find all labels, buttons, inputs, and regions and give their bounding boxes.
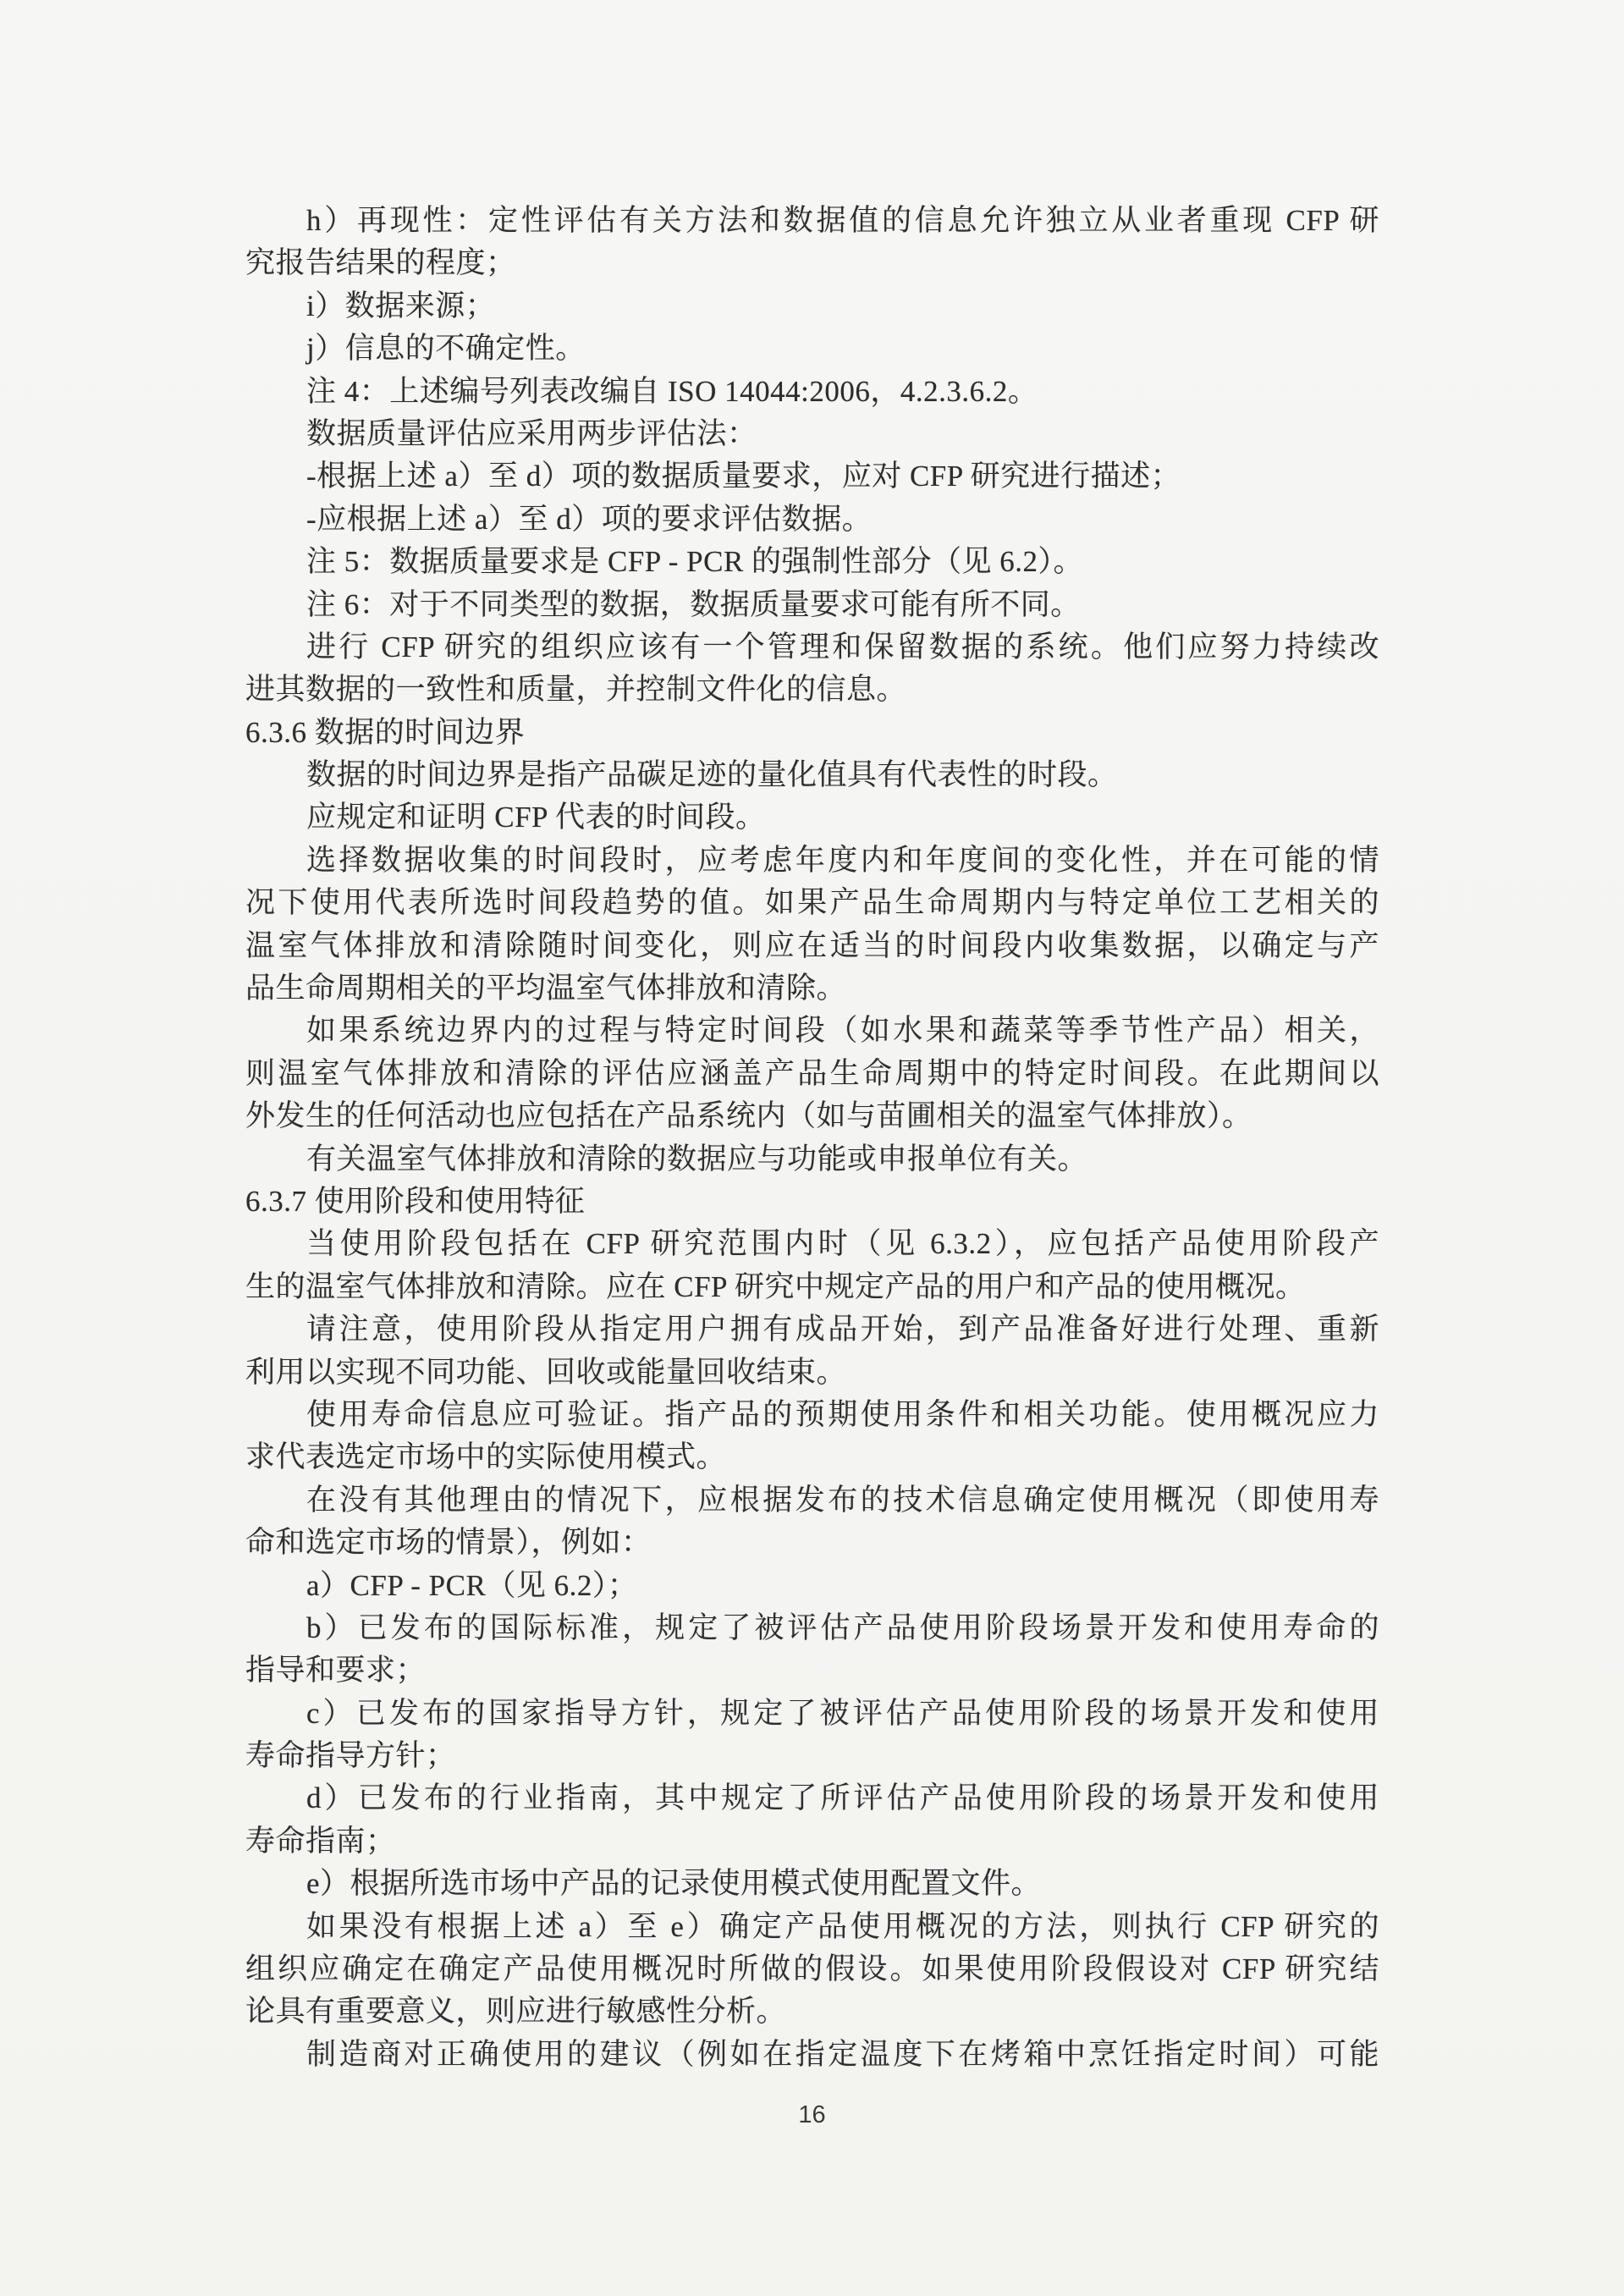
- text-line: i）数据来源；: [245, 285, 1379, 328]
- text-line: 数据质量评估应采用两步评估法：: [245, 413, 1379, 455]
- text-line: 寿命指导方针；: [245, 1735, 1379, 1777]
- text-line: e）根据所选市场中产品的记录使用模式使用配置文件。: [245, 1863, 1379, 1905]
- text-line: 使用寿命信息应可验证。指产品的预期使用条件和相关功能。使用概况应力: [245, 1394, 1379, 1436]
- section-heading: 6.3.6 数据的时间边界: [245, 712, 1379, 754]
- text-line: 命和选定市场的情景），例如：: [245, 1522, 1379, 1564]
- text-line: 温室气体排放和清除随时间变化，则应在适当的时间段内收集数据，以确定与产: [245, 925, 1379, 967]
- text-line: 组织应确定在确定产品使用概况时所做的假设。如果使用阶段假设对 CFP 研究结: [245, 1948, 1379, 1990]
- text-line: 如果没有根据上述 a）至 e）确定产品使用概况的方法，则执行 CFP 研究的: [245, 1906, 1379, 1948]
- text-line: 应规定和证明 CFP 代表的时间段。: [245, 796, 1379, 839]
- text-line: j）信息的不确定性。: [245, 328, 1379, 370]
- text-line: 有关温室气体排放和清除的数据应与功能或申报单位有关。: [245, 1138, 1379, 1181]
- text-line: 请注意，使用阶段从指定用户拥有成品开始，到产品准备好进行处理、重新: [245, 1308, 1379, 1351]
- text-line: 况下使用代表所选时间段趋势的值。如果产品生命周期内与特定单位工艺相关的: [245, 882, 1379, 924]
- text-line: 究报告结果的程度；: [245, 242, 1379, 284]
- text-line: 指导和要求；: [245, 1649, 1379, 1692]
- text-line: 则温室气体排放和清除的评估应涵盖产品生命周期中的特定时间段。在此期间以: [245, 1053, 1379, 1095]
- text-line: -应根据上述 a）至 d）项的要求评估数据。: [245, 498, 1379, 541]
- text-line: 选择数据收集的时间段时，应考虑年度内和年度间的变化性，并在可能的情: [245, 840, 1379, 882]
- text-line: -根据上述 a）至 d）项的数据质量要求，应对 CFP 研究进行描述；: [245, 455, 1379, 498]
- page-number: 16: [0, 2101, 1624, 2129]
- text-line: 如果系统边界内的过程与特定时间段（如水果和蔬菜等季节性产品）相关，: [245, 1010, 1379, 1052]
- text-line: 制造商对正确使用的建议（例如在指定温度下在烤箱中烹饪指定时间）可能: [245, 2034, 1379, 2076]
- document-page: h）再现性：定性评估有关方法和数据值的信息允许独立从业者重现 CFP 研究报告结…: [0, 0, 1624, 2296]
- text-line: b）已发布的国际标准，规定了被评估产品使用阶段场景开发和使用寿命的: [245, 1607, 1379, 1649]
- text-line: 当使用阶段包括在 CFP 研究范围内时（见 6.3.2），应包括产品使用阶段产: [245, 1223, 1379, 1265]
- text-line: 外发生的任何活动也应包括在产品系统内（如与苗圃相关的温室气体排放）。: [245, 1095, 1379, 1137]
- text-line: 进其数据的一致性和质量，并控制文件化的信息。: [245, 669, 1379, 711]
- text-line: 在没有其他理由的情况下，应根据发布的技术信息确定使用概况（即使用寿: [245, 1479, 1379, 1522]
- text-line: c）已发布的国家指导方针，规定了被评估产品使用阶段的场景开发和使用: [245, 1693, 1379, 1735]
- text-line: 注 6：对于不同类型的数据，数据质量要求可能有所不同。: [245, 584, 1379, 626]
- text-line: 求代表选定市场中的实际使用模式。: [245, 1436, 1379, 1478]
- text-line: 利用以实现不同功能、回收或能量回收结束。: [245, 1352, 1379, 1394]
- section-heading: 6.3.7 使用阶段和使用特征: [245, 1181, 1379, 1223]
- text-line: 进行 CFP 研究的组织应该有一个管理和保留数据的系统。他们应努力持续改: [245, 626, 1379, 669]
- text-line: h）再现性：定性评估有关方法和数据值的信息允许独立从业者重现 CFP 研: [245, 200, 1379, 242]
- text-line: 论具有重要意义，则应进行敏感性分析。: [245, 1990, 1379, 2033]
- text-line: 注 5：数据质量要求是 CFP - PCR 的强制性部分（见 6.2）。: [245, 541, 1379, 583]
- text-line: 数据的时间边界是指产品碳足迹的量化值具有代表性的时段。: [245, 754, 1379, 796]
- text-line: 生的温室气体排放和清除。应在 CFP 研究中规定产品的用户和产品的使用概况。: [245, 1266, 1379, 1308]
- text-line: 品生命周期相关的平均温室气体排放和清除。: [245, 967, 1379, 1010]
- text-column: h）再现性：定性评估有关方法和数据值的信息允许独立从业者重现 CFP 研究报告结…: [245, 200, 1379, 2076]
- text-line: d）已发布的行业指南，其中规定了所评估产品使用阶段的场景开发和使用: [245, 1777, 1379, 1820]
- text-line: 寿命指南；: [245, 1820, 1379, 1863]
- text-line: a）CFP - PCR（见 6.2）；: [245, 1565, 1379, 1607]
- text-line: 注 4：上述编号列表改编自 ISO 14044:2006，4.2.3.6.2。: [245, 371, 1379, 413]
